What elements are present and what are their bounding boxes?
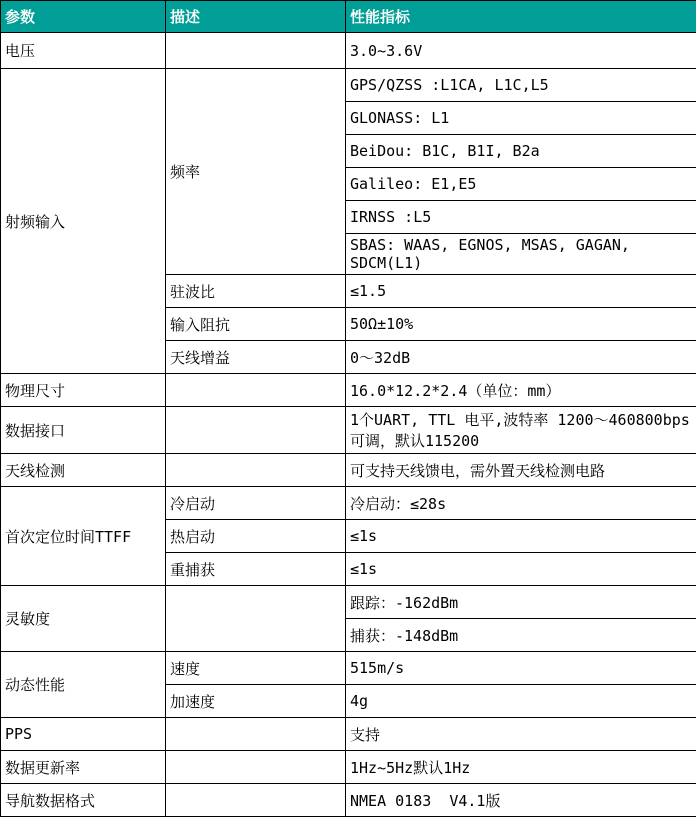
table-row: 天线检测 可支持天线馈电，需外置天线检测电路 bbox=[1, 454, 696, 487]
spec-cell: NMEA 0183 V4.1版 bbox=[346, 784, 696, 817]
param-cell: 天线检测 bbox=[1, 454, 166, 487]
spec-cell: 跟踪：-162dBm bbox=[346, 586, 696, 619]
spec-cell: ≤1s bbox=[346, 553, 696, 586]
table-row: PPS 支持 bbox=[1, 718, 696, 751]
spec-cell: 4g bbox=[346, 685, 696, 718]
desc-cell-empty bbox=[166, 33, 346, 69]
desc-cell: 输入阻抗 bbox=[166, 308, 346, 341]
spec-cell: 16.0*12.2*2.4（单位：mm） bbox=[346, 374, 696, 407]
spec-cell: 捕获：-148dBm bbox=[346, 619, 696, 652]
spec-cell: 冷启动：≤28s bbox=[346, 487, 696, 520]
desc-cell-empty bbox=[166, 751, 346, 784]
table-row: 物理尺寸 16.0*12.2*2.4（单位：mm） bbox=[1, 374, 696, 407]
spec-cell: 515m/s bbox=[346, 652, 696, 685]
desc-cell: 冷启动 bbox=[166, 487, 346, 520]
desc-cell: 天线增益 bbox=[166, 341, 346, 374]
table-row: 导航数据格式 NMEA 0183 V4.1版 bbox=[1, 784, 696, 817]
desc-cell: 加速度 bbox=[166, 685, 346, 718]
param-cell: PPS bbox=[1, 718, 166, 751]
spec-cell: 50Ω±10% bbox=[346, 308, 696, 341]
table-header-row: 参数 描述 性能指标 bbox=[1, 1, 696, 33]
param-cell: 导航数据格式 bbox=[1, 784, 166, 817]
desc-cell: 热启动 bbox=[166, 520, 346, 553]
spec-cell: BeiDou: B1C, B1I, B2a bbox=[346, 135, 696, 168]
desc-cell: 频率 bbox=[166, 69, 346, 275]
col-header-spec: 性能指标 bbox=[346, 1, 696, 33]
table-row: 数据更新率 1Hz~5Hz默认1Hz bbox=[1, 751, 696, 784]
param-cell: 动态性能 bbox=[1, 652, 166, 718]
spec-cell: ≤1s bbox=[346, 520, 696, 553]
param-cell: 电压 bbox=[1, 33, 166, 69]
col-header-param: 参数 bbox=[1, 1, 166, 33]
param-cell: 灵敏度 bbox=[1, 586, 166, 652]
desc-cell-empty bbox=[166, 718, 346, 751]
desc-cell: 速度 bbox=[166, 652, 346, 685]
table-row: 首次定位时间TTFF 冷启动 冷启动：≤28s bbox=[1, 487, 696, 520]
desc-cell-empty bbox=[166, 374, 346, 407]
param-cell: 首次定位时间TTFF bbox=[1, 487, 166, 586]
table-row: 灵敏度 跟踪：-162dBm bbox=[1, 586, 696, 619]
desc-cell-empty bbox=[166, 454, 346, 487]
param-cell: 数据更新率 bbox=[1, 751, 166, 784]
param-cell: 射频输入 bbox=[1, 69, 166, 374]
table-row: 电压 3.0~3.6V bbox=[1, 33, 696, 69]
param-cell: 数据接口 bbox=[1, 407, 166, 454]
desc-cell: 驻波比 bbox=[166, 275, 346, 308]
desc-cell-empty bbox=[166, 407, 346, 454]
spec-table: 参数 描述 性能指标 电压 3.0~3.6V 射频输入 频率 GPS/QZSS … bbox=[0, 0, 696, 817]
col-header-desc: 描述 bbox=[166, 1, 346, 33]
spec-cell: Galileo: E1,E5 bbox=[346, 168, 696, 201]
spec-cell: SBAS: WAAS, EGNOS, MSAS, GAGAN, SDCM(L1) bbox=[346, 234, 696, 275]
desc-cell-empty bbox=[166, 784, 346, 817]
table-row: 动态性能 速度 515m/s bbox=[1, 652, 696, 685]
table-row: 数据接口 1个UART, TTL 电平,波特率 1200～460800bps 可… bbox=[1, 407, 696, 454]
spec-cell: 1个UART, TTL 电平,波特率 1200～460800bps 可调，默认1… bbox=[346, 407, 696, 454]
desc-cell: 重捕获 bbox=[166, 553, 346, 586]
spec-cell: 3.0~3.6V bbox=[346, 33, 696, 69]
spec-cell: 可支持天线馈电，需外置天线检测电路 bbox=[346, 454, 696, 487]
spec-cell: 支持 bbox=[346, 718, 696, 751]
spec-cell: GLONASS: L1 bbox=[346, 102, 696, 135]
spec-cell: 0～32dB bbox=[346, 341, 696, 374]
spec-cell: GPS/QZSS :L1CA, L1C,L5 bbox=[346, 69, 696, 102]
table-row: 射频输入 频率 GPS/QZSS :L1CA, L1C,L5 bbox=[1, 69, 696, 102]
spec-cell: 1Hz~5Hz默认1Hz bbox=[346, 751, 696, 784]
param-cell: 物理尺寸 bbox=[1, 374, 166, 407]
spec-cell: ≤1.5 bbox=[346, 275, 696, 308]
desc-cell-empty bbox=[166, 586, 346, 652]
spec-table-page: 参数 描述 性能指标 电压 3.0~3.6V 射频输入 频率 GPS/QZSS … bbox=[0, 0, 696, 801]
spec-cell: IRNSS :L5 bbox=[346, 201, 696, 234]
